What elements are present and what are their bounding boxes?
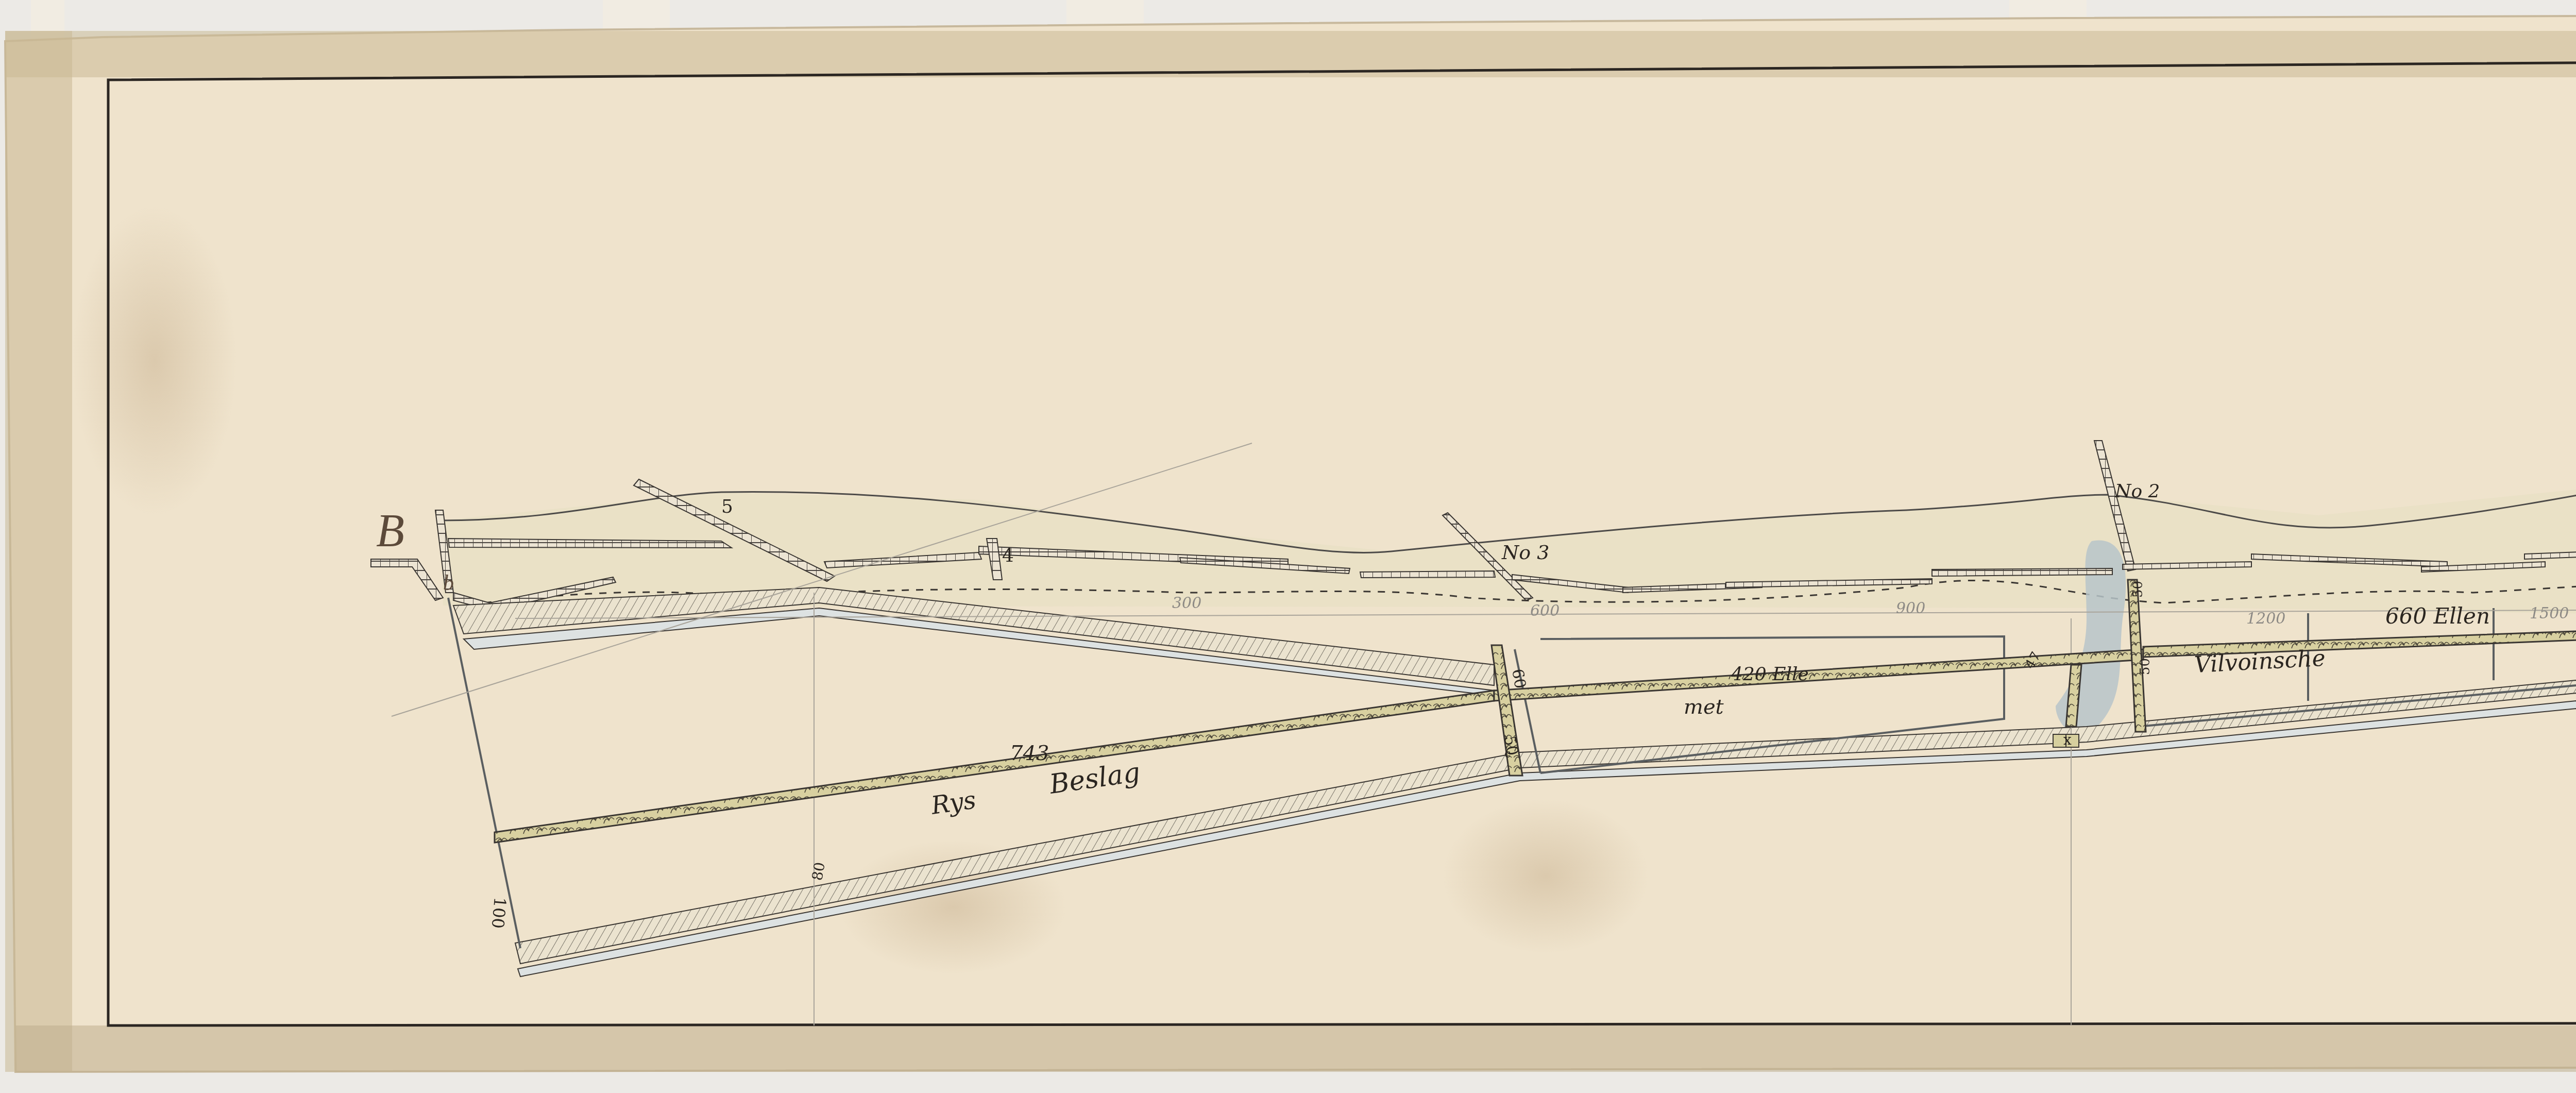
dim-left-edge: 100 bbox=[488, 896, 510, 929]
endpoint-B: B bbox=[376, 506, 404, 557]
endpoint-b: b bbox=[443, 571, 454, 595]
pencil-mark: 1500 bbox=[2530, 604, 2569, 623]
groyne-label-4: 4 bbox=[1002, 545, 1014, 566]
length-743: 743 bbox=[1010, 742, 1049, 765]
dim-x-top: 50 bbox=[2130, 581, 2146, 598]
pencil-mark: 900 bbox=[1896, 599, 1925, 617]
pencil-mark: 1200 bbox=[2246, 610, 2285, 628]
groyne-label-no3: No 3 bbox=[1501, 541, 1549, 564]
dim-c-bottom: 50 bbox=[1500, 734, 1521, 757]
stain-top bbox=[5, 31, 2576, 77]
label-met: met bbox=[1684, 695, 1724, 719]
dim-c-top: 60 bbox=[1508, 667, 1529, 690]
dim-80: 80 bbox=[808, 861, 828, 882]
pencil-mark: 600 bbox=[1530, 602, 1560, 620]
dim-x-bottom: 50 bbox=[2138, 658, 2153, 675]
groyne-label-no2: No 2 bbox=[2114, 481, 2160, 502]
tape-strip bbox=[603, 0, 670, 31]
length-660-ellen: 660 Ellen bbox=[2385, 603, 2490, 629]
stain bbox=[72, 206, 237, 515]
stain-bottom bbox=[15, 1025, 2576, 1072]
stain-left bbox=[5, 31, 72, 1072]
groyne-label-5: 5 bbox=[721, 496, 733, 517]
point-c: c bbox=[1504, 748, 1511, 761]
stain bbox=[1443, 799, 1649, 953]
pencil-mark: 300 bbox=[1172, 594, 1201, 612]
survey-map: B b A a 5 4 No 3 No 2 No 1 743 Rys Besla… bbox=[0, 0, 2576, 1093]
length-420-elle: 420 Elle bbox=[1731, 664, 1809, 685]
point-x: x bbox=[2063, 731, 2072, 748]
